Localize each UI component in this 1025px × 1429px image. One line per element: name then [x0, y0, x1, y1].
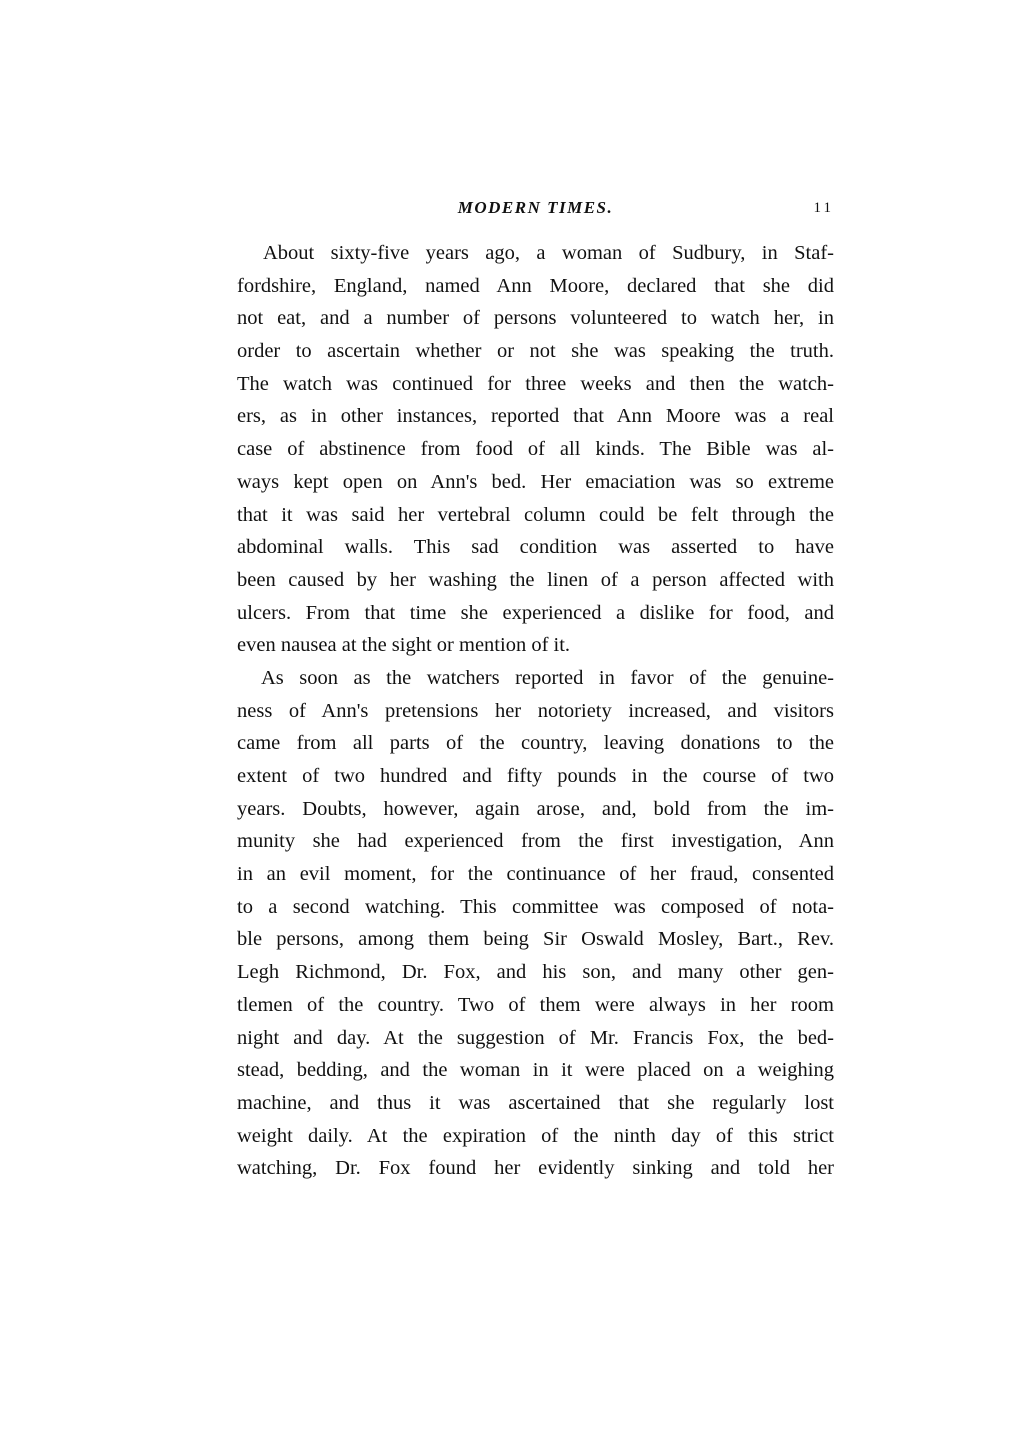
text-line: order to ascertain whether or not she wa… — [237, 335, 834, 368]
body-text: About sixty-five years ago, a woman of S… — [237, 237, 834, 1185]
text-line: ble persons, among them being Sir Oswald… — [237, 923, 834, 956]
text-line: watching, Dr. Fox found her evidently si… — [237, 1152, 834, 1185]
page-number: 11 — [814, 196, 834, 220]
text-line: About sixty-five years ago, a woman of S… — [237, 237, 834, 270]
text-line: years. Doubts, however, again arose, and… — [237, 793, 834, 826]
running-title: MODERN TIMES. — [237, 196, 834, 220]
book-page: MODERN TIMES. 11 About sixty-five years … — [0, 0, 1025, 1429]
text-line: to a second watching. This committee was… — [237, 891, 834, 924]
text-line: ulcers. From that time she experienced a… — [237, 597, 834, 630]
text-line: night and day. At the suggestion of Mr. … — [237, 1022, 834, 1055]
text-line: in an evil moment, for the continuance o… — [237, 858, 834, 891]
text-line: came from all parts of the country, leav… — [237, 727, 834, 760]
text-line: not eat, and a number of persons volunte… — [237, 302, 834, 335]
text-line: fordshire, England, named Ann Moore, dec… — [237, 270, 834, 303]
text-line: Legh Richmond, Dr. Fox, and his son, and… — [237, 956, 834, 989]
running-head: MODERN TIMES. 11 — [237, 196, 834, 220]
text-line: even nausea at the sight or mention of i… — [237, 629, 834, 662]
text-line: abdominal walls. This sad condition was … — [237, 531, 834, 564]
text-line: machine, and thus it was ascertained tha… — [237, 1087, 834, 1120]
text-line: munity she had experienced from the firs… — [237, 825, 834, 858]
text-line: been caused by her washing the linen of … — [237, 564, 834, 597]
text-line: that it was said her vertebral column co… — [237, 499, 834, 532]
text-line: The watch was continued for three weeks … — [237, 368, 834, 401]
text-line: ways kept open on Ann's bed. Her emaciat… — [237, 466, 834, 499]
paragraph-2: As soon as the watchers reported in favo… — [237, 662, 834, 1185]
text-line: As soon as the watchers reported in favo… — [237, 662, 834, 695]
paragraph-1: About sixty-five years ago, a woman of S… — [237, 237, 834, 662]
text-line: ness of Ann's pretensions her notoriety … — [237, 695, 834, 728]
text-line: weight daily. At the expiration of the n… — [237, 1120, 834, 1153]
text-line: stead, bedding, and the woman in it were… — [237, 1054, 834, 1087]
text-line: extent of two hundred and fifty pounds i… — [237, 760, 834, 793]
text-line: tlemen of the country. Two of them were … — [237, 989, 834, 1022]
text-line: case of abstinence from food of all kind… — [237, 433, 834, 466]
text-line: ers, as in other instances, reported tha… — [237, 400, 834, 433]
